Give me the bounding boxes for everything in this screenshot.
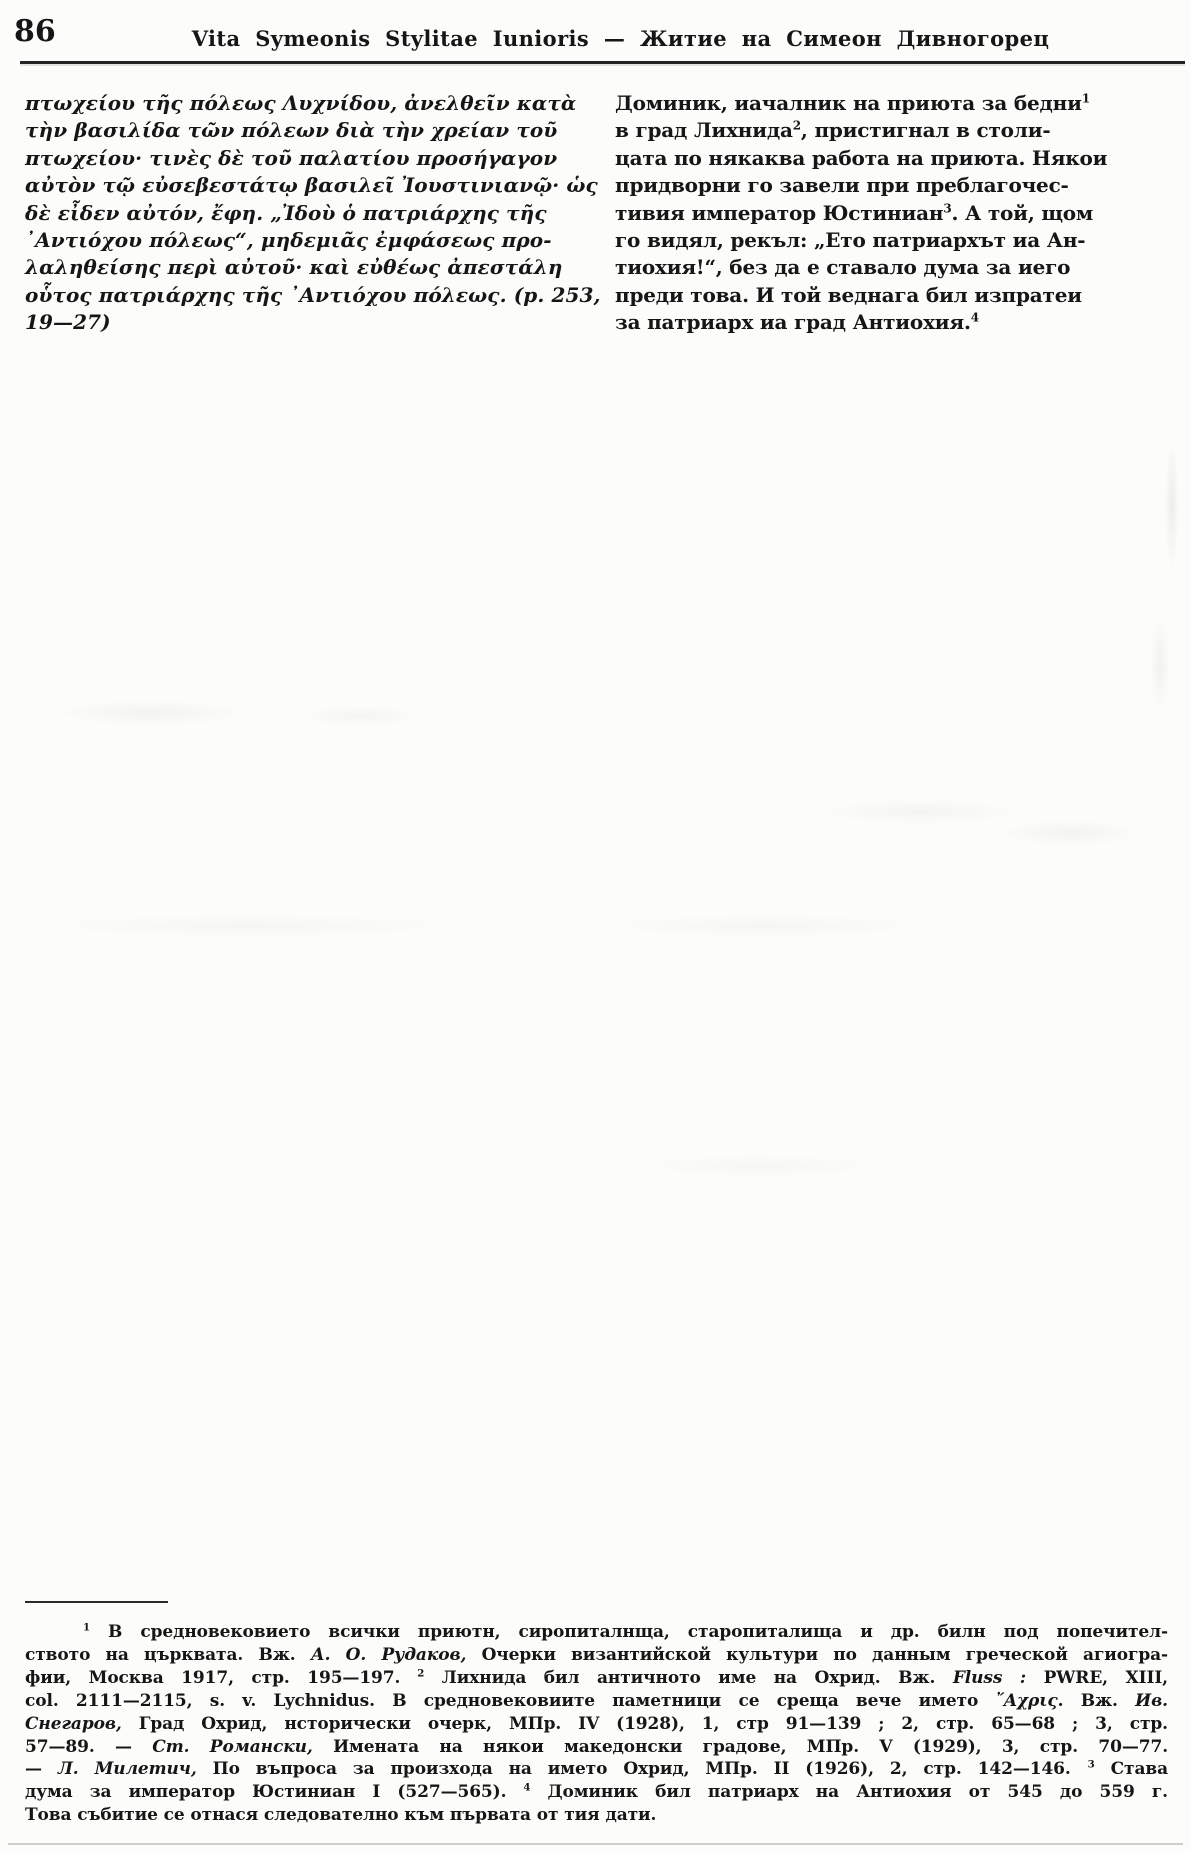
- scan-artifact: [600, 915, 930, 937]
- text-run: , пристигнал в столи-: [801, 118, 1051, 142]
- text-run: δὲ εἶδεν αὐτόν, ἔφη. „Ἰδοὺ ὁ πατριάρχης …: [25, 201, 547, 225]
- text-run: col. 2111—2115, s. v. Lychnidus. В средн…: [25, 1691, 995, 1711]
- text-line: 1 В средновековието всички приютн, сироп…: [25, 1621, 1168, 1644]
- text-line: — Л. Милетич, По въпроса за произхода на…: [25, 1758, 1168, 1781]
- text-run: . А той, щом: [951, 201, 1093, 225]
- text-run: —: [25, 1759, 58, 1779]
- text-line: за патриарх иа град Антиохия.4: [615, 309, 1019, 336]
- text-run: Ив.: [1135, 1691, 1168, 1711]
- text-run: придворни го завели при преблагочес-: [615, 173, 1069, 197]
- text-line: οὗτος πατριάρχης τῆς ᾽Αντιόχου πόλεως. (…: [25, 282, 509, 309]
- greek-text-column: πτωχείου τῆς πόλεως Λυχνίδου, ἀνελθεῖν κ…: [25, 90, 509, 337]
- text-run: αὐτὸν τῷ εὐσεβεστάτῳ βασιλεῖ Ἰουστινιανῷ…: [25, 173, 598, 197]
- text-run: Доминик бил патриарх на Антиохия от 545 …: [530, 1782, 1168, 1802]
- text-line: δὲ εἶδεν αὐτόν, ἔφη. „Ἰδοὺ ὁ πατριάρχης …: [25, 200, 509, 227]
- text-run: πτωχείου τῆς πόλεως Λυχνίδου, ἀνελθεῖν κ…: [25, 91, 576, 115]
- text-run: Лихнида бил античното име на Охрид. Вж.: [424, 1668, 953, 1688]
- text-run: В средновековието всички приютн, сиропит…: [90, 1622, 1168, 1642]
- text-run: Ст. Романски,: [152, 1737, 312, 1757]
- text-line: ството на църквата. Вж. А. О. Рудаков, О…: [25, 1644, 1168, 1667]
- footnote-reference: 1: [1082, 91, 1090, 105]
- text-line: в град Лихнида2, пристигнал в столи-: [615, 117, 1019, 144]
- text-run: Това събитие се отнася следователно към …: [25, 1805, 656, 1825]
- running-title: Vita Symeonis Stylitae Iunioris — Житие …: [120, 26, 1121, 51]
- text-run: По въпроса за произхода на името Охрид, …: [197, 1759, 1088, 1779]
- text-run: πτωχείου· τινὲς δὲ τοῦ παλατίου προσήγαγ…: [25, 146, 557, 170]
- text-run: Имената на някои македонски градове, МПр…: [313, 1737, 1168, 1757]
- text-run: тивия император Юстиниан: [615, 201, 943, 225]
- text-run: 19—27): [25, 310, 111, 334]
- text-run: Очерки византийской культури по данным г…: [466, 1645, 1168, 1665]
- text-line: придворни го завели при преблагочес-: [615, 172, 1019, 199]
- text-line: фии, Москва 1917, стр. 195—197. 2 Лихнид…: [25, 1667, 1168, 1690]
- scan-artifact: [300, 705, 420, 727]
- text-run: . Вж.: [1058, 1691, 1136, 1711]
- text-line: ᾽Αντιόχου πόλεως“, μηδεμιᾶς ἐμφάσεως προ…: [25, 227, 509, 254]
- text-run: Град Охрид, нсторически очерк, МПр. IV (…: [122, 1714, 1168, 1734]
- bulgarian-text-column: Доминик, иачалник на приюта за бедни1в г…: [615, 90, 1019, 337]
- text-run: Fluss :: [953, 1668, 1026, 1688]
- text-run: тиохия!“, без да е ставало дума за иего: [615, 255, 1070, 279]
- footnote-reference: 2: [793, 119, 801, 133]
- text-line: αὐτὸν τῷ εὐσεβεστάτῳ βασιλεῖ Ἰουστινιανῷ…: [25, 172, 509, 199]
- text-line: τὴν βασιλίδα τῶν πόλεων διὰ τὴν χρείαν τ…: [25, 117, 509, 144]
- text-line: дума за император Юстиниан I (527—565). …: [25, 1781, 1168, 1804]
- scan-artifact: [1165, 440, 1179, 570]
- text-run: 57—89. —: [25, 1737, 152, 1757]
- text-line: го видял, рекъл: „Ето патриархът иа Ан-: [615, 227, 1019, 254]
- scan-artifact: [820, 800, 1020, 824]
- text-run: го видял, рекъл: „Ето патриархът иа Ан-: [615, 228, 1085, 252]
- scan-artifact: [40, 915, 460, 937]
- text-run: τὴν βασιλίδα τῶν πόλεων διὰ τὴν χρείαν τ…: [25, 118, 557, 142]
- text-run: ството на църквата. Вж.: [25, 1645, 311, 1665]
- scan-artifact: [1150, 620, 1170, 710]
- text-run: λαληθείσης περὶ αὐτοῦ· καὶ εὐθέως ἀπεστά…: [25, 255, 562, 279]
- text-line: 19—27): [25, 309, 509, 336]
- text-line: Доминик, иачалник на приюта за бедни1: [615, 90, 1019, 117]
- text-run: Л. Милетич,: [58, 1759, 197, 1779]
- scan-artifact: [640, 1155, 880, 1177]
- text-line: Това събитие се отнася следователно към …: [25, 1804, 1168, 1827]
- text-run: преди това. И той веднага бил изпратеи: [615, 283, 1082, 307]
- text-line: Снегаров, Град Охрид, нсторически очерк,…: [25, 1713, 1168, 1736]
- text-run: дума за император Юстиниан I (527—565).: [25, 1782, 523, 1802]
- text-line: преди това. И той веднага бил изпратеи: [615, 282, 1019, 309]
- text-line: πτωχείου τῆς πόλεως Λυχνίδου, ἀνελθεῖν κ…: [25, 90, 509, 117]
- text-line: col. 2111—2115, s. v. Lychnidus. В средн…: [25, 1690, 1168, 1713]
- text-run: фии, Москва 1917, стр. 195—197.: [25, 1668, 417, 1688]
- text-line: тиохия!“, без да е ставало дума за иего: [615, 254, 1019, 281]
- footnote-reference: 1: [83, 1621, 90, 1633]
- text-run: А. О. Рудаков,: [311, 1645, 467, 1665]
- page-number: 86: [14, 14, 56, 49]
- text-line: тивия император Юстиниан3. А той, щом: [615, 200, 1019, 227]
- text-line: πτωχείου· τινὲς δὲ τοῦ παλατίου προσήγαγ…: [25, 145, 509, 172]
- text-run: ᾽Αντιόχου πόλεως“, μηδεμιᾶς ἐμφάσεως προ…: [25, 228, 552, 252]
- scanned-book-page: 86 Vita Symeonis Stylitae Iunioris — Жит…: [0, 0, 1191, 1851]
- main-text-block: πτωχείου τῆς πόλεως Λυχνίδου, ἀνελθεῖν κ…: [25, 90, 1019, 337]
- scan-artifact: [1000, 820, 1140, 846]
- text-run: Става: [1095, 1759, 1168, 1779]
- text-run: за патриарх иа град Антиохия.: [615, 310, 971, 334]
- text-run: Снегаров,: [25, 1714, 122, 1734]
- footnote-reference: 4: [971, 311, 979, 325]
- text-line: цата по някаква работа на приюта. Някои: [615, 145, 1019, 172]
- text-run: ῎Αχρις: [995, 1691, 1057, 1711]
- text-line: 57—89. — Ст. Романски, Имената на някои …: [25, 1736, 1168, 1759]
- text-run: в град Лихнида: [615, 118, 793, 142]
- header-rule: [20, 61, 1185, 64]
- scan-artifact: [55, 700, 245, 726]
- text-run: PWRE, XIII,: [1026, 1668, 1168, 1688]
- text-run: цата по някаква работа на приюта. Някои: [615, 146, 1107, 170]
- page-bottom-edge: [8, 1843, 1183, 1845]
- footnote-separator: [25, 1601, 168, 1603]
- footnote-reference: 3: [1088, 1759, 1095, 1771]
- text-line: λαληθείσης περὶ αὐτοῦ· καὶ εὐθέως ἀπεστά…: [25, 254, 509, 281]
- footnotes-block: 1 В средновековието всички приютн, сироп…: [25, 1621, 1168, 1827]
- text-run: οὗτος πατριάρχης τῆς ᾽Αντιόχου πόλεως. (…: [25, 283, 601, 307]
- text-run: Доминик, иачалник на приюта за бедни: [615, 91, 1082, 115]
